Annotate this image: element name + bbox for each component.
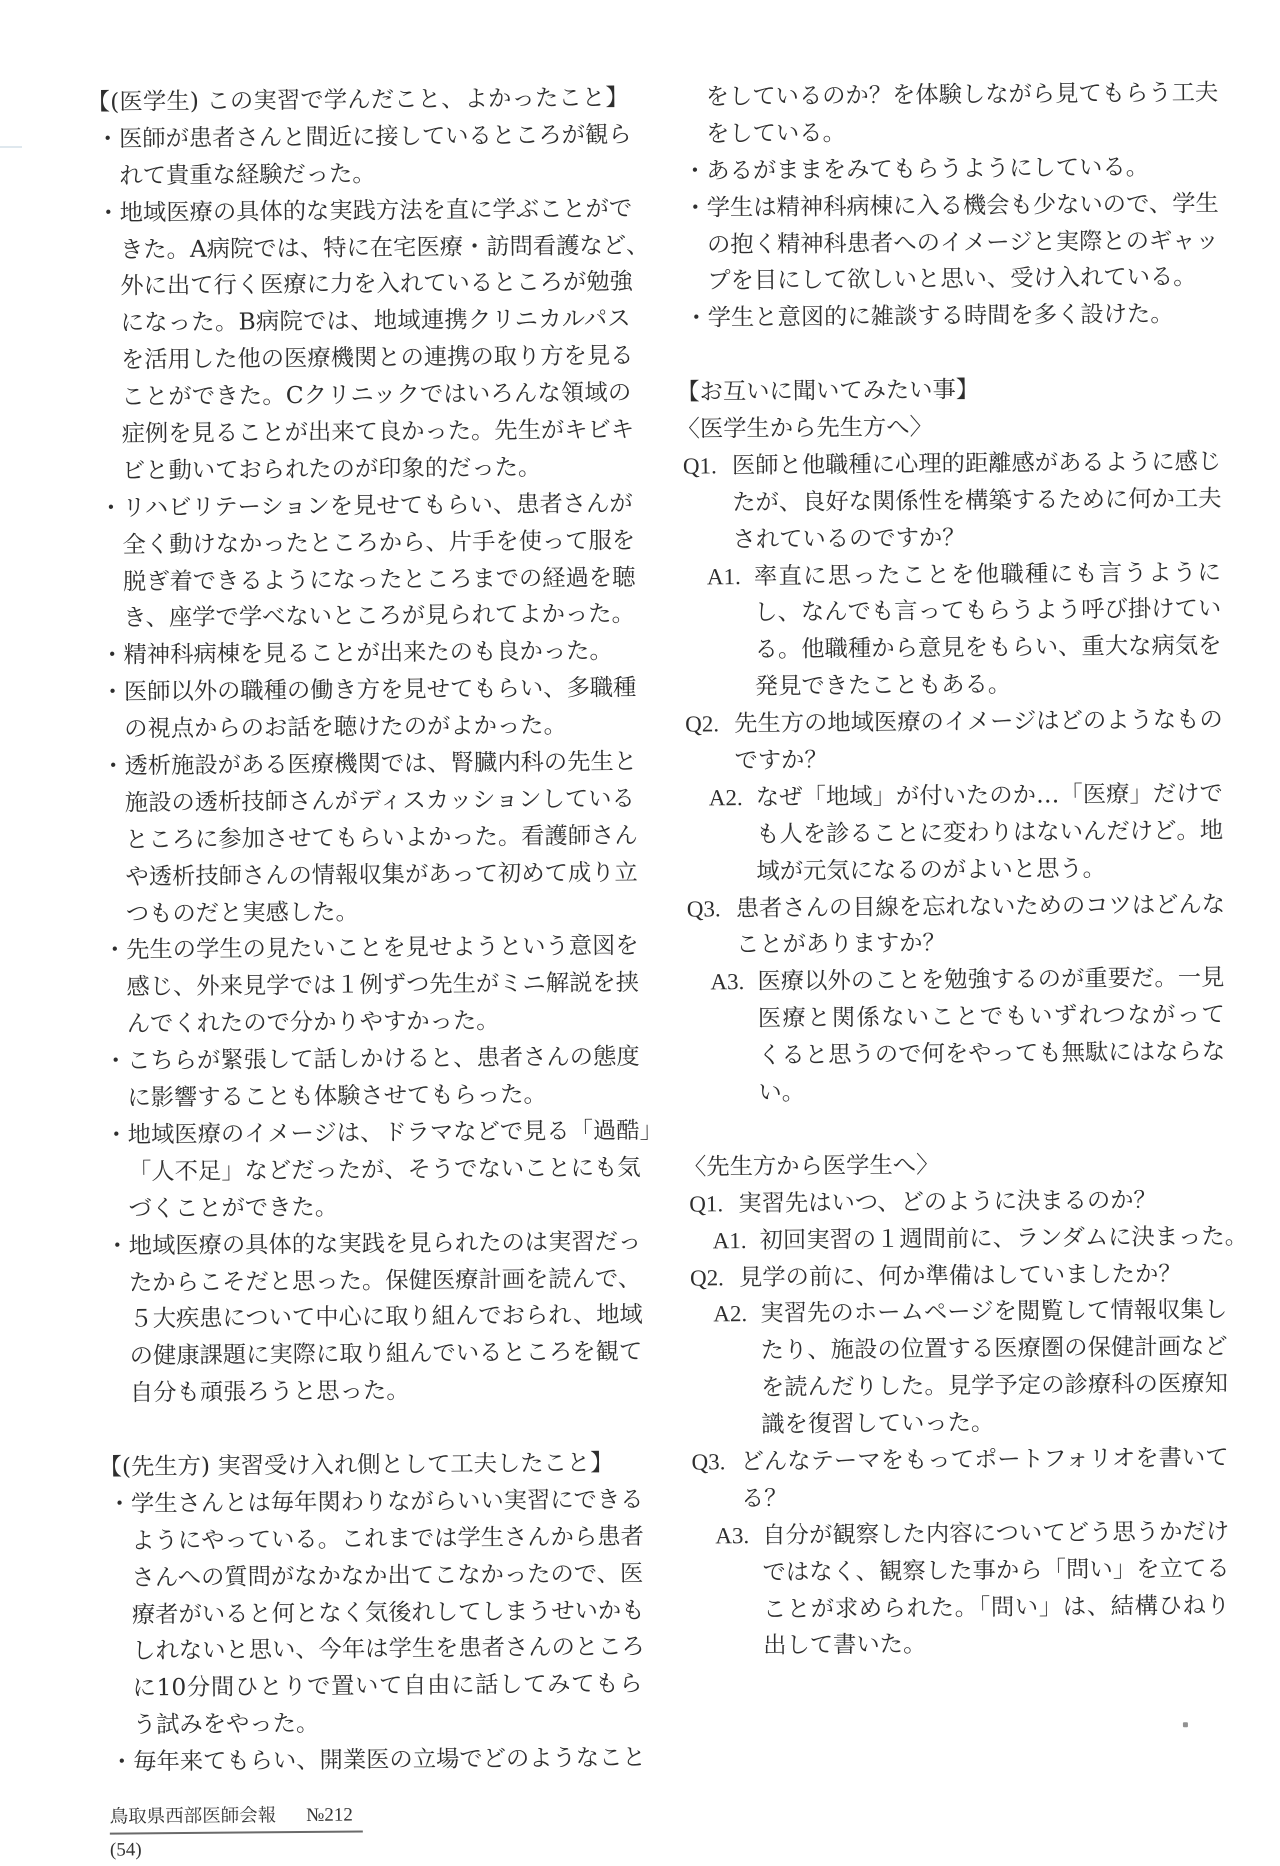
text-line: し、なんでも言ってもらうよう呼び掛けてい: [754, 591, 1221, 632]
text-line: 先生方の地域医療のイメージはどのようなもの: [734, 702, 1222, 743]
text-line: き、座学で学べないところが見られてよかった。: [123, 597, 633, 638]
bullet-icon: ・: [104, 1044, 127, 1081]
list-item-continued: をしているのか？を体験しながら見てもらう工夫 をしている。: [683, 75, 1218, 153]
list-item: ・ あるがままをみてもらうようにしている。: [683, 149, 1217, 191]
bullet-icon: ・: [684, 301, 707, 338]
text-line: 率直に思ったことを他職種にも言うように: [754, 554, 1221, 595]
bullet-icon: ・: [97, 195, 120, 232]
text-line: んでくれたので分かりやすかった。: [127, 1002, 637, 1043]
list-item: ・ 医師が患者さんと間近に接しているところが観ら れて貴重な経験だった。: [96, 117, 630, 195]
text-line: 全く動けなかったところから、片手を使って服を: [122, 523, 632, 564]
text-line: たり、施設の位置する医療圏の保健計画など: [760, 1329, 1227, 1370]
question-block: Q2. 見学の前に、何か準備はしていましたか？: [693, 1255, 1227, 1297]
issue-number: №212: [306, 1805, 353, 1826]
text-line: ことがありますか？: [736, 923, 1224, 964]
text-line: つものだと実感した。: [126, 892, 636, 933]
list-item: ・ 学生さんとは毎年関わりながらいい実習にできる ようにやっている。これまでは学…: [108, 1482, 643, 1745]
bullet-icon: ・: [105, 1117, 128, 1154]
answer-block: A3. 自分が観察した内容についてどう思うかだけ ではなく、観察した事から「問い…: [695, 1514, 1230, 1666]
left-column: 【(医学生) この実習で学んだこと、よかったこと】 ・ 医師が患者さんと間近に接…: [96, 80, 644, 1782]
text-line: きた。A病院では、特に在宅医療・訪問看護など、: [120, 228, 630, 269]
text-line: 医師以外の職種の働き方を見せてもらい、多職種: [124, 670, 634, 711]
list-item: ・ こちらが緊張して話しかけると、患者さんの態度 に影響することも体験させてもら…: [104, 1039, 638, 1117]
text-line: 実習先のホームページを閲覧して情報収集し: [760, 1292, 1227, 1333]
question-label: Q2.: [690, 1260, 724, 1297]
publication-name: 鳥取県西部医師会報: [110, 1805, 277, 1827]
text-line: ようにやっている。これまでは学生さんから患者: [131, 1519, 641, 1560]
answer-label: A1.: [713, 1223, 747, 1260]
subsection-heading-students-to-teachers: 〈医学生から先生方へ〉: [676, 407, 1219, 449]
text-line: も人を診ることに変わりはないんだけど。地: [756, 813, 1223, 854]
text-line: や透析技師さんの情報収集があって初めて成り立: [125, 855, 635, 896]
spacer: [692, 1108, 1226, 1150]
text-line: 施設の透析技師さんがディスカッションしている: [125, 781, 635, 822]
answer-label: A1.: [707, 559, 741, 596]
text-line: を活用した他の医療機関との連携の取り方を見る: [121, 338, 631, 379]
text-line: 初回実習の１週間前に、ランダムに決まった。: [760, 1219, 1227, 1260]
text-line: う試みをやった。: [133, 1703, 643, 1744]
right-column: をしているのか？を体験しながら見てもらう工夫 をしている。 ・ あるがままをみて…: [683, 75, 1231, 1666]
text-line: る？: [741, 1477, 1229, 1518]
answer-label: A3.: [710, 964, 744, 1001]
question-block: Q1. 医師と他職種に心理的距離感があるように感じ たが、良好な関係性を構築する…: [686, 444, 1221, 559]
text-line: 「人不足」などだったが、そうでないことにも気: [128, 1150, 638, 1191]
text-line: 症例を見ることが出来て良かった。先生がキビキ: [121, 412, 631, 453]
spacer: [107, 1408, 640, 1450]
text-line: をしているのか？を体験しながら見てもらう工夫: [706, 75, 1217, 116]
bullet-icon: ・: [100, 638, 123, 675]
text-line: の視点からのお話を聴けたのがよかった。: [124, 707, 634, 748]
text-line: をしている。: [706, 112, 1217, 153]
text-line: 医療以外のことを勉強するのが重要だ。一見: [757, 960, 1224, 1001]
answer-block: A2. 実習先のホームページを閲覧して情報収集し たり、施設の位置する医療圏の保…: [693, 1292, 1228, 1444]
question-block: Q3. 患者さんの目線を忘れないためのコツはどんな ことがありますか？: [690, 886, 1225, 964]
text-line: 感じ、外来見学では１例ずつ先生がミニ解説を挟: [126, 965, 636, 1006]
answer-label: A2.: [713, 1296, 747, 1333]
text-line: たが、良好な関係性を構築するために何か工夫: [732, 481, 1220, 522]
answer-block: A1. 初回実習の１週間前に、ランダムに決まった。: [693, 1219, 1227, 1261]
text-line: い。: [758, 1071, 1225, 1112]
text-line: 出して書いた。: [763, 1624, 1230, 1665]
answer-label: A3.: [715, 1518, 749, 1555]
text-line: 先生の学生の見たいことを見せようという意図を: [126, 929, 636, 970]
text-line: 医療と関係ないことでもいずれつながって: [758, 997, 1225, 1038]
text-line: しれないと思い、今年は学生を患者さんのところ: [132, 1629, 642, 1670]
text-line: 自分が観察した内容についてどう思うかだけ: [762, 1514, 1229, 1555]
bullet-icon: ・: [683, 153, 706, 190]
text-line: 域が元気になるのがよいと思う。: [756, 850, 1223, 891]
text-line: に10分間ひとりで置いて自由に話してみてもら: [132, 1666, 642, 1707]
list-item: ・ リハビリテーションを見せてもらい、患者さんが 全く動けなかったところから、片…: [99, 486, 633, 638]
bullet-icon: ・: [103, 933, 126, 970]
text-line: あるがままをみてもらうようにしている。: [706, 149, 1217, 190]
spacer: [685, 333, 1219, 375]
text-line: ではなく、観察した事から「問い」を立てる: [762, 1551, 1229, 1592]
text-line: 医師が患者さんと間近に接しているところが観ら: [119, 117, 629, 158]
text-line: 医師と他職種に心理的距離感があるように感じ: [732, 444, 1220, 485]
text-line: どんなテーマをもってポートフォリオを書いて: [740, 1440, 1228, 1481]
list-item: ・ 地域医療のイメージは、ドラマなどで見る「過酷」 「人不足」などだったが、そう…: [105, 1113, 639, 1228]
bullet-icon: ・: [96, 121, 119, 158]
bullet-icon: ・: [108, 1486, 131, 1523]
question-block: Q3. どんなテーマをもってポートフォリオを書いて る？: [694, 1440, 1229, 1518]
text-line: されているのですか？: [732, 518, 1220, 559]
subsection-heading-teachers-to-students: 〈先生方から医学生へ〉: [683, 1145, 1226, 1187]
text-line: なぜ「地域」が付いたのか…「医療」だけで: [756, 776, 1223, 817]
text-line: を読んだりした。見学予定の診療科の医療知: [761, 1366, 1228, 1407]
text-line: 地域医療の具体的な実践方法を直に学ぶことがで: [120, 191, 630, 232]
section-heading-student-learnings: 【(医学生) この実習で学んだこと、よかったこと】: [87, 80, 629, 122]
text-line: くると思うので何をやっても無駄にはならな: [758, 1034, 1225, 1075]
question-label: Q1.: [683, 448, 717, 485]
section-heading-mutual-questions: 【お互いに聞いてみたい事】: [676, 370, 1219, 412]
text-line: ５大疾患について中心に取り組んでおられ、地域: [129, 1297, 639, 1338]
list-item: ・ 透析施設がある医療機関では、腎臓内科の先生と 施設の透析技師さんがディスカッ…: [101, 744, 636, 933]
text-line: こちらが緊張して話しかけると、患者さんの態度: [127, 1039, 637, 1080]
publication-title: 鳥取県西部医師会報№212: [110, 1802, 410, 1831]
text-line: の抱く精神科患者へのイメージと実際とのギャッ: [707, 222, 1218, 263]
text-line: 患者さんの目線を忘れないためのコツはどんな: [736, 886, 1224, 927]
answer-label: A2.: [709, 780, 743, 817]
list-item: ・ 地域医療の具体的な実践方法を直に学ぶことがで きた。A病院では、特に在宅医療…: [97, 191, 633, 491]
text-line: ですか？: [734, 739, 1222, 780]
page-number: (54): [110, 1838, 142, 1862]
text-line: 見学の前に、何か準備はしていましたか？: [739, 1255, 1227, 1296]
footer-divider: [110, 1830, 363, 1834]
question-label: Q1.: [689, 1186, 723, 1223]
list-item: ・ 医師以外の職種の働き方を見せてもらい、多職種 の視点からのお話を聴けたのがよ…: [101, 670, 635, 748]
scan-speck: [1183, 1722, 1188, 1727]
answer-block: A3. 医療以外のことを勉強するのが重要だ。一見 医療と関係ないことでもいずれつ…: [690, 960, 1225, 1112]
text-line: づくことができた。: [128, 1187, 638, 1228]
text-line: の健康課題に実際に取り組んでいるところを観て: [130, 1334, 640, 1375]
text-line: ことが求められた。「問い」は、結構ひねり: [763, 1587, 1230, 1628]
text-line: たからこそだと思った。保健医療計画を読んで、: [129, 1261, 639, 1302]
list-item: ・ 先生の学生の見たいことを見せようという意図を 感じ、外来見学では１例ずつ先生…: [103, 929, 637, 1044]
bullet-icon: ・: [99, 490, 122, 527]
text-line: 精神科病棟を見ることが出来たのも良かった。: [123, 633, 633, 674]
text-line: プを目にして欲しいと思い、受け入れている。: [707, 259, 1218, 300]
text-line: 毎年来てもらい、開業医の立場でどのようなこと: [133, 1740, 643, 1781]
question-label: Q2.: [685, 706, 719, 743]
page-content: 【(医学生) この実習で学んだこと、よかったこと】 ・ 医師が患者さんと間近に接…: [0, 0, 1280, 1866]
text-line: 識を復習していった。: [761, 1403, 1228, 1444]
list-item: ・ 精神科病棟を見ることが出来たのも良かった。: [100, 633, 633, 675]
text-line: る。他職種から意見をもらい、重大な病気を: [754, 628, 1221, 669]
text-line: 透析施設がある医療機関では、腎臓内科の先生と: [124, 744, 634, 785]
text-line: さんへの質問がなかなか出てこなかったので、医: [131, 1556, 641, 1597]
text-line: 発見できたこともある。: [755, 665, 1222, 706]
bullet-icon: ・: [101, 675, 124, 712]
bullet-icon: ・: [101, 749, 124, 786]
text-line: ことができた。Cクリニックではいろんな領域の: [121, 375, 631, 416]
question-label: Q3.: [687, 891, 721, 928]
text-line: 脱ぎ着できるようになったところまでの経過を聴: [123, 560, 633, 601]
section-heading-teacher-efforts: 【(先生方) 実習受け入れ側として工夫したこと】: [98, 1445, 640, 1487]
text-line: 療者がいると何となく気後れしてしまうせいかも: [132, 1593, 642, 1634]
text-line: 自分も頑張ろうと思った。: [130, 1371, 640, 1412]
answer-block: A1. 率直に思ったことを他職種にも言うように し、なんでも言ってもらうよう呼び…: [687, 554, 1222, 706]
text-line: 学生さんとは毎年関わりながらいい実習にできる: [131, 1482, 641, 1523]
text-line: ところに参加させてもらいよかった。看護師さん: [125, 818, 635, 859]
list-item: ・ 毎年来てもらい、開業医の立場でどのようなこと: [110, 1740, 643, 1782]
list-item: ・ 地域医療の具体的な実践を見られたのは実習だっ たからこそだと思った。保健医療…: [106, 1224, 641, 1413]
list-item: ・ 学生と意図的に雑談する時間を多く設けた。: [684, 296, 1218, 338]
text-line: ビと動いておられたのが印象的だった。: [122, 449, 632, 490]
answer-block: A2. なぜ「地域」が付いたのか…「医療」だけで も人を診ることに変わりはないん…: [689, 776, 1224, 891]
question-block: Q2. 先生方の地域医療のイメージはどのようなもの ですか？: [688, 702, 1223, 780]
bullet-icon: ・: [106, 1228, 129, 1265]
bullet-icon: ・: [684, 190, 707, 227]
text-line: 学生は精神科病棟に入る機会も少ないので、学生: [707, 186, 1218, 227]
text-line: 地域医療のイメージは、ドラマなどで見る「過酷」: [128, 1113, 638, 1154]
text-line: 実習先はいつ、どのように決まるのか？: [738, 1182, 1226, 1223]
text-line: 外に出て行く医療に力を入れているところが勉強: [120, 265, 630, 306]
question-label: Q3.: [691, 1444, 725, 1481]
list-item: ・ 学生は精神科病棟に入る機会も少ないので、学生 の抱く精神科患者へのイメージと…: [684, 186, 1219, 301]
text-line: 学生と意図的に雑談する時間を多く設けた。: [707, 296, 1218, 337]
text-line: になった。B病院では、地域連携クリニカルパス: [121, 301, 631, 342]
text-line: 地域医療の具体的な実践を見られたのは実習だっ: [129, 1224, 639, 1265]
question-block: Q1. 実習先はいつ、どのように決まるのか？: [692, 1182, 1226, 1224]
text-line: れて貴重な経験だった。: [119, 154, 629, 195]
page-footer: 鳥取県西部医師会報№212 (54): [110, 1802, 410, 1831]
bullet-icon: ・: [110, 1745, 133, 1782]
text-line: リハビリテーションを見せてもらい、患者さんが: [122, 486, 632, 527]
text-line: に影響することも体験させてもらった。: [127, 1076, 637, 1117]
document-page: 【(医学生) この実習で学んだこと、よかったこと】 ・ 医師が患者さんと間近に接…: [0, 0, 1280, 1866]
